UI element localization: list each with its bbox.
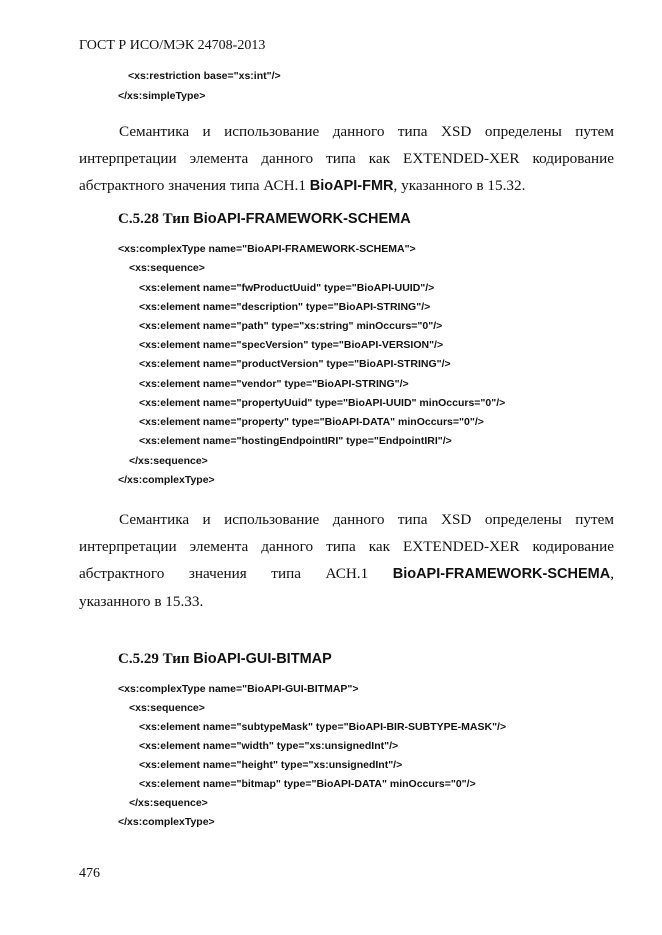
code-line: <xs:complexType name="BioAPI-GUI-BITMAP"…	[118, 683, 359, 695]
type-name: BioAPI-FMR	[310, 178, 394, 194]
text: , указанного в 15.32.	[394, 177, 526, 194]
section-number: C.5.29 Тип	[118, 651, 193, 667]
section-type-name: BioAPI-FRAMEWORK-SCHEMA	[193, 211, 410, 227]
code-line: </xs:simpleType>	[118, 90, 205, 102]
code-line: <xs:element name="propertyUuid" type="Bi…	[139, 397, 505, 409]
code-line: <xs:complexType name="BioAPI-FRAMEWORK-S…	[118, 243, 416, 255]
text: абстрактного значения типа АСН.1	[79, 565, 393, 582]
code-line: <xs:element name="width" type="xs:unsign…	[139, 740, 398, 752]
paragraph-line: указанного в 15.33.	[79, 588, 614, 615]
section-heading-c5-29: C.5.29 Тип BioAPI-GUI-BITMAP	[118, 651, 332, 668]
text: абстрактного значения типа АСН.1	[79, 177, 310, 194]
code-line: <xs:element name="description" type="Bio…	[139, 301, 430, 313]
code-line: <xs:element name="subtypeMask" type="Bio…	[139, 721, 506, 733]
code-line: <xs:element name="fwProductUuid" type="B…	[139, 282, 434, 294]
code-line: <xs:element name="productVersion" type="…	[139, 358, 451, 370]
code-line: </xs:complexType>	[118, 474, 215, 486]
code-line: <xs:element name="hostingEndpointIRI" ty…	[139, 435, 452, 447]
paragraph-line: интерпретации элемента данного типа как …	[79, 145, 614, 172]
section-number: C.5.28 Тип	[118, 211, 193, 227]
code-line: </xs:sequence>	[129, 797, 208, 809]
paragraph-line: абстрактного значения типа АСН.1 BioAPI-…	[79, 560, 614, 588]
code-line: <xs:sequence>	[129, 262, 205, 274]
code-line: <xs:element name="height" type="xs:unsig…	[139, 759, 402, 771]
document-header: ГОСТ Р ИСО/МЭК 24708-2013	[79, 38, 265, 54]
code-line: <xs:sequence>	[129, 702, 205, 714]
code-line: <xs:element name="specVersion" type="Bio…	[139, 339, 443, 351]
code-line: <xs:element name="vendor" type="BioAPI-S…	[139, 378, 409, 390]
paragraph-semantics-1: Семантика и использование данного типа X…	[79, 118, 614, 200]
code-line: <xs:restriction base="xs:int"/>	[128, 70, 281, 82]
code-line: <xs:element name="bitmap" type="BioAPI-D…	[139, 778, 476, 790]
paragraph-line: абстрактного значения типа АСН.1 BioAPI-…	[79, 172, 614, 200]
section-heading-c5-28: C.5.28 Тип BioAPI-FRAMEWORK-SCHEMA	[118, 211, 411, 228]
section-type-name: BioAPI-GUI-BITMAP	[193, 651, 332, 667]
paragraph-line: Семантика и использование данного типа X…	[79, 506, 614, 533]
code-line: <xs:element name="property" type="BioAPI…	[139, 416, 484, 428]
code-line: </xs:sequence>	[129, 455, 208, 467]
type-name: BioAPI-FRAMEWORK-SCHEMA	[393, 566, 610, 582]
page-number: 476	[79, 866, 100, 882]
code-line: </xs:complexType>	[118, 816, 215, 828]
text: ,	[610, 565, 614, 582]
paragraph-semantics-2: Семантика и использование данного типа X…	[79, 506, 614, 615]
code-line: <xs:element name="path" type="xs:string"…	[139, 320, 442, 332]
paragraph-line: интерпретации элемента данного типа как …	[79, 533, 614, 560]
paragraph-line: Семантика и использование данного типа X…	[79, 118, 614, 145]
